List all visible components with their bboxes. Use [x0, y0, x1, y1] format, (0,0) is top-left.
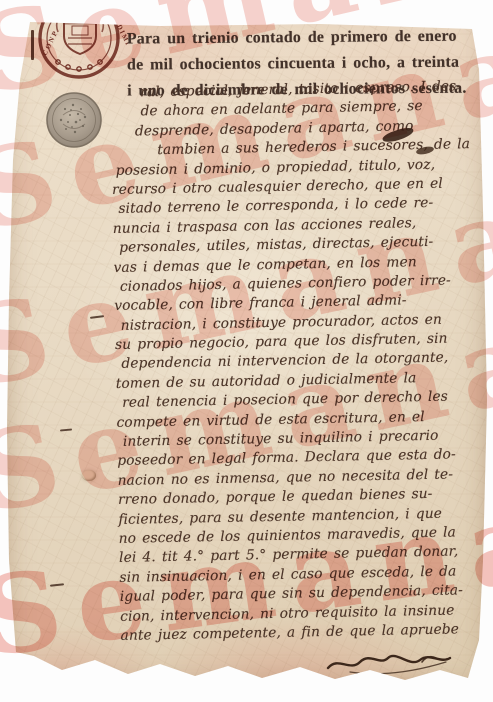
manuscript-line: tambien a sus herederos i sucesores, de … — [157, 135, 483, 161]
stamp-ring-text-right: ADIMI — [112, 17, 130, 47]
manuscript-line: real tenencia i posecion que por derecho… — [122, 387, 488, 413]
manuscript-line: tomen de su autoridad o judicialmente la — [116, 368, 488, 395]
manuscript-line: interin se constituye su inquilino i pre… — [123, 426, 489, 452]
manuscript-line: desprende, desapodera i aparta, como — [135, 116, 483, 142]
ink-blot — [415, 145, 434, 156]
header-line: Para un trienio contado de primero de en… — [127, 23, 483, 52]
manuscript-line: posesion i dominio, o propiedad, titulo,… — [115, 154, 483, 180]
manuscript-line: cionados hijos, a quienes confiero poder… — [120, 271, 486, 297]
header-line: de mil ochocientos cincuenta i ocho, a t… — [127, 49, 483, 78]
manuscript-line: ficientes, para su desente mantencion, i… — [118, 503, 490, 530]
handwritten-text: ral, especial, jeneral, tasito i espreso… — [110, 77, 493, 646]
manuscript-line: rreno donado, porque le quedan bienes su… — [118, 484, 490, 511]
manuscript-line: personales, utiles, mistas, directas, ej… — [119, 232, 485, 258]
manuscript-line: recurso i otro cualesquier derecho, que … — [112, 174, 484, 201]
manuscript-line: dependencia ni intervencion de la otorga… — [121, 348, 487, 374]
manuscript-line: de ahora en adelante para siempre, se — [140, 96, 482, 122]
paper-flaw-spot — [82, 470, 96, 481]
manuscript-line: su propio negocio, para que los disfrute… — [115, 329, 487, 356]
margin-pen-mark — [90, 315, 104, 319]
header-line: i uno de diciembre de mil ochocientos se… — [127, 75, 483, 104]
manuscript-line: ante juez competente, a fin de que la ap… — [120, 620, 492, 647]
embossed-seal — [45, 91, 103, 149]
manuscript-line: sin insinuacion, i en el caso que esceda… — [119, 562, 491, 589]
paper-sheet: CONP ADIMI — [0, 0, 493, 702]
scanned-document-page: CONP ADIMI — [0, 0, 493, 702]
manuscript-line: compete en virtud de esta escritura, en … — [116, 406, 488, 433]
manuscript-line: nacion no es inmensa, que no necesita de… — [117, 465, 489, 492]
printed-header: Para un trienio contado de primero de en… — [127, 23, 484, 104]
manuscript-line: nistracion, i constituye procurador, act… — [120, 310, 486, 336]
manuscript-line: igual poder, para que sin su dependencia… — [120, 581, 492, 608]
manuscript-line: vas i demas que le competan, en los men — [113, 251, 485, 278]
ink-blot — [381, 126, 415, 144]
manuscript-line: nuncia i traspasa con las acciones reale… — [113, 213, 485, 240]
manuscript-line: ral, especial, jeneral, tasito i espreso… — [140, 77, 482, 103]
manuscript-line: vocable, con libre franca i jeneral admi… — [114, 290, 486, 317]
manuscript-line: lei 4. tit 4.° part 5.° permite se pueda… — [119, 542, 491, 569]
signature-scribble — [322, 650, 462, 680]
left-margin-mark — [31, 30, 34, 60]
manuscript-line: no escede de los quinientos maravedis, q… — [119, 523, 491, 550]
manuscript-line: cion, intervencion, ni otro requisito la… — [120, 600, 492, 627]
manuscript-line: poseedor en legal forma. Declara que est… — [117, 445, 489, 472]
stamp-ring-text-left: CONP — [41, 28, 60, 57]
ink-stamp: CONP ADIMI — [38, 0, 130, 90]
margin-pen-mark — [50, 583, 64, 586]
manuscript-line: sitado terreno le corresponda, i lo cede… — [118, 193, 484, 219]
margin-pen-mark — [60, 428, 72, 431]
